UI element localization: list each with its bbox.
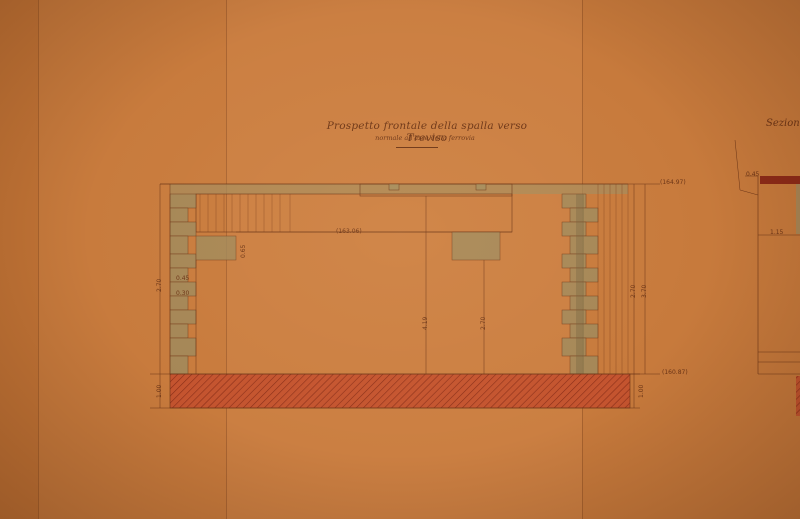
dim-foundation-left: 1.00: [156, 385, 163, 398]
dim-foundation-right: 1.00: [638, 385, 645, 398]
abutment-elevation-drawing: [0, 0, 800, 519]
section-red-cap: [760, 176, 800, 184]
dim-block-width-1: 0.45: [176, 275, 189, 282]
dim-left-block: 0.65: [240, 245, 247, 258]
left-quoins: [170, 194, 196, 374]
elevation-bottom: (160.87): [662, 369, 688, 376]
dim-section-width: 1.15: [770, 229, 783, 236]
dim-center-vertical: 4.19: [422, 317, 429, 330]
elevation-deck: (163.06): [336, 228, 362, 235]
dim-section-top: 0.45: [746, 171, 759, 178]
dim-center-right: 2.70: [480, 317, 487, 330]
elevation-top: (164.97): [660, 179, 686, 186]
dim-block-width-2: 0.30: [176, 290, 189, 297]
dim-right-inner: 2.70: [630, 285, 637, 298]
dim-right-outer: 3.70: [641, 285, 648, 298]
dim-left-outer: 2.70: [156, 279, 163, 292]
foundation: [170, 374, 630, 408]
